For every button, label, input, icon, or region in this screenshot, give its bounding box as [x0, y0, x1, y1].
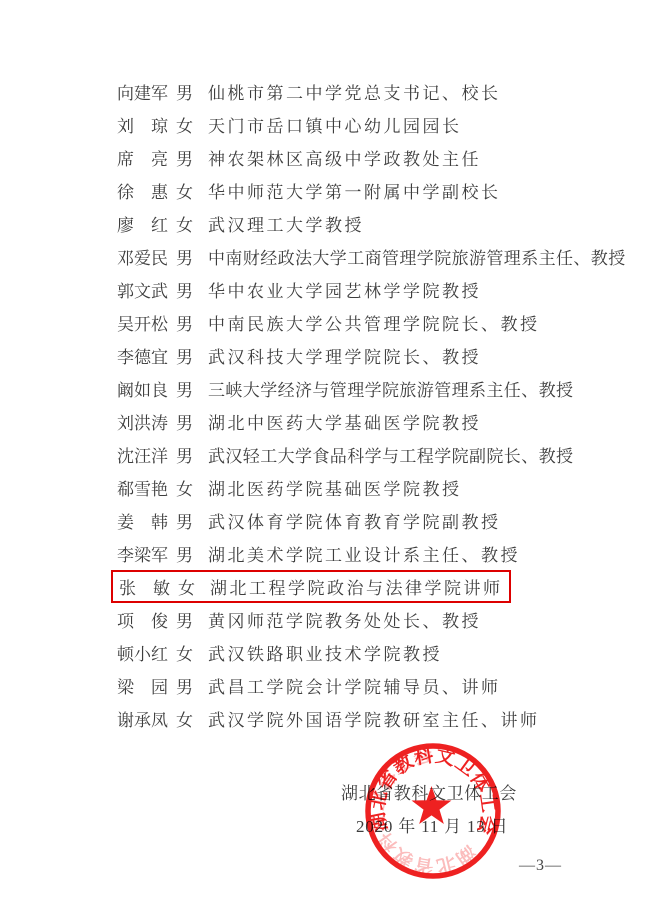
person-title: 武昌工学院会计学院辅导员、讲师	[208, 673, 501, 698]
table-row: 徐 惠 女 华中师范大学第一附属中学副校长	[117, 174, 501, 207]
person-gender: 男	[176, 409, 208, 434]
signature-date: 2020 年 11 月 13 日	[356, 812, 508, 837]
page-number: —3—	[519, 857, 562, 875]
person-gender: 女	[176, 178, 208, 203]
person-name: 沈汪洋	[117, 442, 176, 467]
table-row: 李梁军 男 湖北美术学院工业设计系主任、教授	[117, 537, 520, 570]
person-name: 向建军	[117, 79, 176, 104]
person-name: 姜 韩	[117, 508, 176, 533]
table-row: 阚如良 男 三峡大学经济与管理学院旅游管理系主任、教授	[117, 372, 573, 405]
person-gender: 女	[178, 574, 210, 599]
person-title: 武汉铁路职业技术学院教授	[208, 640, 442, 665]
person-name: 刘 琼	[117, 112, 176, 137]
person-title: 湖北医药学院基础医学院教授	[208, 475, 462, 500]
table-row: 刘 琼 女 天门市岳口镇中心幼儿园园长	[117, 108, 462, 141]
person-gender: 女	[176, 475, 208, 500]
person-title: 武汉科技大学理学院院长、教授	[208, 343, 481, 368]
person-gender: 女	[176, 112, 208, 137]
table-row: 向建军 男 仙桃市第二中学党总支书记、校长	[117, 75, 501, 108]
person-gender: 男	[176, 607, 208, 632]
table-row: 沈汪洋 男 武汉轻工大学食品科学与工程学院副院长、教授	[117, 438, 573, 471]
person-name: 邓爱民	[117, 244, 176, 269]
person-name: 廖 红	[117, 211, 176, 236]
table-row: 顿小红 女 武汉铁路职业技术学院教授	[117, 636, 442, 669]
person-name: 席 亮	[117, 145, 176, 170]
person-title: 天门市岳口镇中心幼儿园园长	[208, 112, 462, 137]
person-name: 徐 惠	[117, 178, 176, 203]
roster-list: 向建军 男 仙桃市第二中学党总支书记、校长 刘 琼 女 天门市岳口镇中心幼儿园园…	[117, 75, 626, 735]
person-title: 武汉轻工大学食品科学与工程学院副院长、教授	[208, 442, 573, 467]
person-name: 郭文武	[117, 277, 176, 302]
person-name: 阚如良	[117, 376, 176, 401]
person-title: 湖北工程学院政治与法律学院讲师	[210, 574, 503, 599]
person-title: 武汉学院外国语学院教研室主任、讲师	[208, 706, 540, 731]
person-gender: 男	[176, 442, 208, 467]
person-title: 中南财经政法大学工商管理学院旅游管理系主任、教授	[208, 244, 626, 269]
person-name: 梁 园	[117, 673, 176, 698]
table-row: 吴开松 男 中南民族大学公共管理学院院长、教授	[117, 306, 540, 339]
table-row: 项 俊 男 黄冈师范学院教务处处长、教授	[117, 603, 481, 636]
table-row: 邓爱民 男 中南财经政法大学工商管理学院旅游管理系主任、教授	[117, 240, 626, 273]
person-gender: 男	[176, 343, 208, 368]
table-row: 刘洪涛 男 湖北中医药大学基础医学院教授	[117, 405, 481, 438]
person-gender: 男	[176, 376, 208, 401]
official-seal-stamp: 湖北省教科文卫体工会 湖北省教科文卫体工会	[358, 736, 508, 886]
person-title: 华中师范大学第一附属中学副校长	[208, 178, 501, 203]
person-gender: 男	[176, 673, 208, 698]
document-page: 向建军 男 仙桃市第二中学党总支书记、校长 刘 琼 女 天门市岳口镇中心幼儿园园…	[0, 0, 656, 918]
table-row: 廖 红 女 武汉理工大学教授	[117, 207, 364, 240]
person-title: 湖北中医药大学基础医学院教授	[208, 409, 481, 434]
person-title: 华中农业大学园艺林学学院教授	[208, 277, 481, 302]
signature-org: 湖北省教科文卫体工会	[341, 779, 517, 804]
person-gender: 男	[176, 310, 208, 335]
person-gender: 男	[176, 244, 208, 269]
person-name: 李梁军	[117, 541, 176, 566]
table-row: 梁 园 男 武昌工学院会计学院辅导员、讲师	[117, 669, 501, 702]
person-title: 神农架林区高级中学政教处主任	[208, 145, 481, 170]
person-name: 李德宜	[117, 343, 176, 368]
person-title: 武汉体育学院体育教育学院副教授	[208, 508, 501, 533]
table-row: 郗雪艳 女 湖北医药学院基础医学院教授	[117, 471, 462, 504]
table-row: 李德宜 男 武汉科技大学理学院院长、教授	[117, 339, 481, 372]
person-gender: 男	[176, 145, 208, 170]
person-gender: 男	[176, 508, 208, 533]
person-gender: 男	[176, 277, 208, 302]
person-name: 吴开松	[117, 310, 176, 335]
person-title: 武汉理工大学教授	[208, 211, 364, 236]
person-name: 张 敏	[119, 574, 178, 599]
person-title: 黄冈师范学院教务处处长、教授	[208, 607, 481, 632]
table-row: 谢承凤 女 武汉学院外国语学院教研室主任、讲师	[117, 702, 540, 735]
person-gender: 女	[176, 706, 208, 731]
person-gender: 女	[176, 640, 208, 665]
person-title: 中南民族大学公共管理学院院长、教授	[208, 310, 540, 335]
person-title: 仙桃市第二中学党总支书记、校长	[208, 79, 501, 104]
person-title: 湖北美术学院工业设计系主任、教授	[208, 541, 520, 566]
person-gender: 女	[176, 211, 208, 236]
table-row: 席 亮 男 神农架林区高级中学政教处主任	[117, 141, 481, 174]
person-name: 刘洪涛	[117, 409, 176, 434]
person-name: 顿小红	[117, 640, 176, 665]
table-row: 郭文武 男 华中农业大学园艺林学学院教授	[117, 273, 481, 306]
table-row-highlighted: 张 敏 女 湖北工程学院政治与法律学院讲师	[111, 570, 511, 603]
person-gender: 男	[176, 79, 208, 104]
table-row: 姜 韩 男 武汉体育学院体育教育学院副教授	[117, 504, 501, 537]
person-name: 项 俊	[117, 607, 176, 632]
person-gender: 男	[176, 541, 208, 566]
person-name: 郗雪艳	[117, 475, 176, 500]
person-title: 三峡大学经济与管理学院旅游管理系主任、教授	[208, 376, 573, 401]
stamp-ring	[368, 746, 498, 876]
person-name: 谢承凤	[117, 706, 176, 731]
